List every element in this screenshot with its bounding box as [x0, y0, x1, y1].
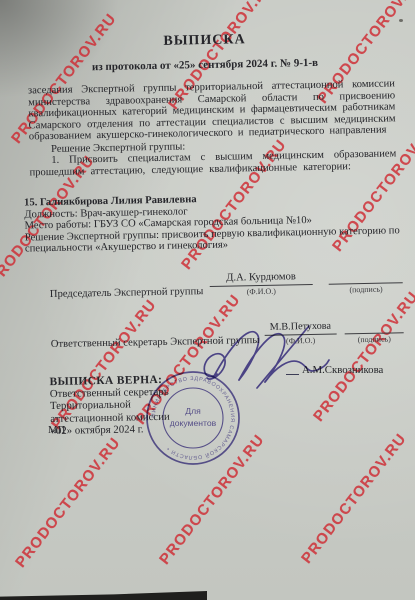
stamp-center-line2: документов: [170, 418, 217, 428]
signature-row-chairman: Председатель Экспертной группы Д.А. Курд…: [50, 269, 403, 300]
secretary-sign-blank: [344, 319, 403, 334]
paper-bottom-edge: [0, 591, 207, 600]
person-record: 15. Галиякбирова Лилия Равилевна Должнос…: [24, 190, 400, 255]
chairman-sign-field: (подпись): [329, 269, 403, 294]
chairman-role-label: Председатель Экспертной группы: [50, 286, 204, 300]
doc-title: ВЫПИСКА: [0, 29, 412, 53]
sign-label: (подпись): [345, 333, 404, 344]
handwritten-signature: [183, 316, 351, 394]
photographed-document-page: PRODOCTOROV.RUPRODOCTOROV.RUPRODOCTOROV.…: [0, 0, 415, 600]
sign-label: (подпись): [329, 283, 403, 294]
stamp-center-line1: Для: [185, 406, 201, 416]
mp-seal-label: МП: [48, 424, 65, 436]
chairman-sign-blank: [329, 269, 403, 284]
doc-subtitle: из протокола от «25» сентября 2024 г. № …: [0, 55, 413, 75]
secretary-sign-field: (подпись): [344, 319, 403, 344]
watermark-text: PRODOCTOROV.RU: [12, 434, 124, 571]
paper-speck: [399, 19, 403, 22]
chairman-name-field: Д.А. Курдюмов (Ф.И.О.): [209, 271, 313, 297]
doc-intro-paragraph: заседания Экспертной группы территориаль…: [28, 78, 396, 143]
fio-label: (Ф.И.О.): [209, 285, 313, 297]
watermark-text: PRODOCTOROV.RU: [298, 430, 410, 567]
